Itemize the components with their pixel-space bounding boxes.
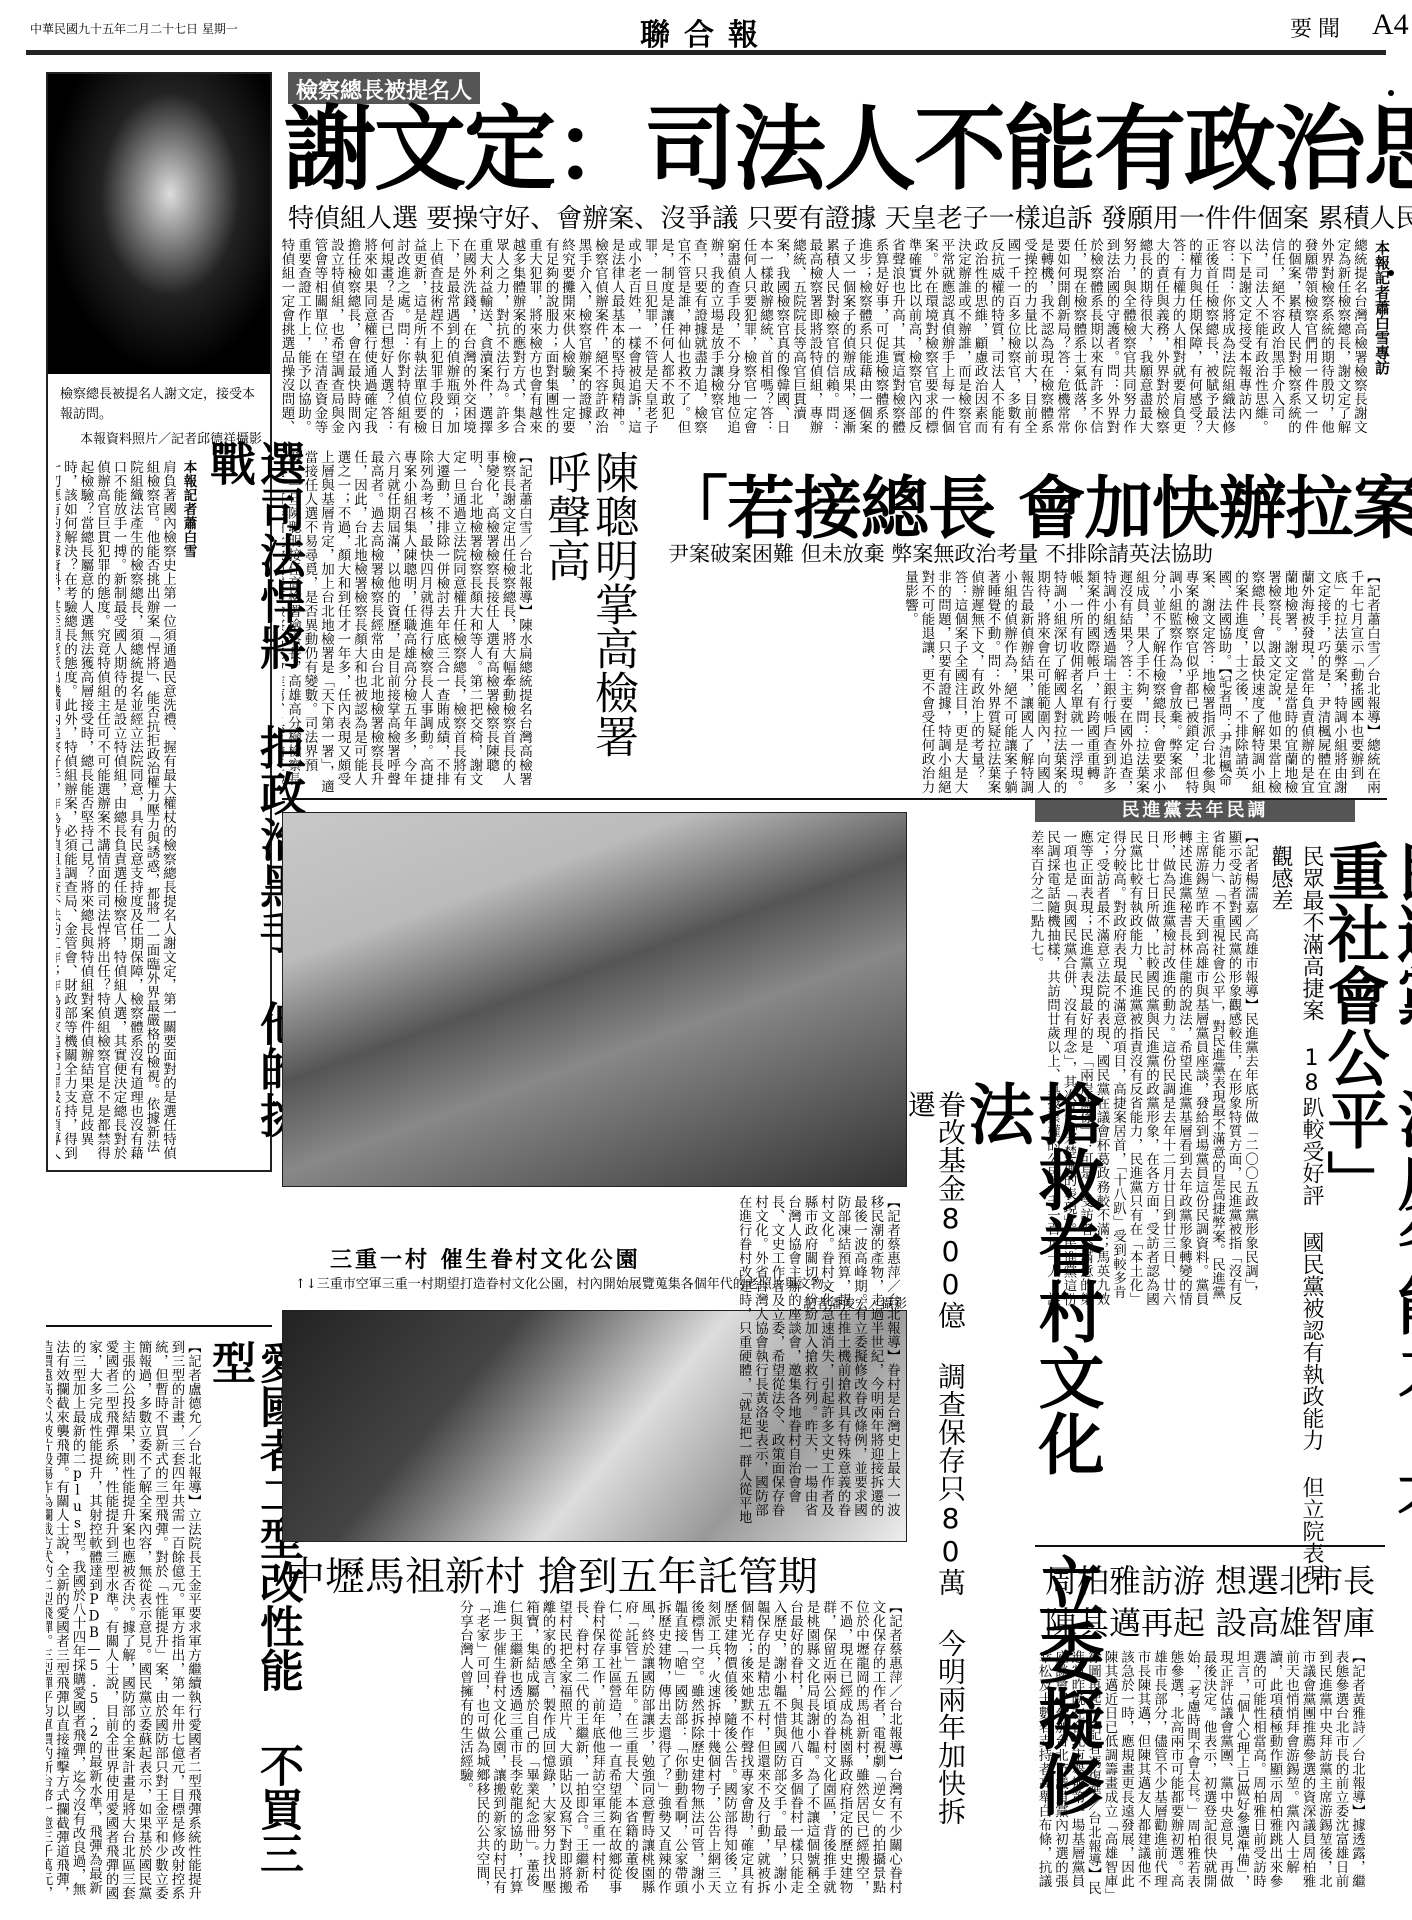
masthead-date: 中華民國九十五年二月二十七日 星期一 <box>30 20 238 37</box>
dpp-poll-subhead: 民眾最不滿高捷案 18趴較受好評 國民黨被認有執政能力 但立院表現觀感差 <box>1265 845 1327 1605</box>
divider <box>1035 1545 1385 1547</box>
dpp-poll-label: 民進黨去年民調 <box>1035 800 1355 822</box>
page-number: A4 <box>1372 8 1409 42</box>
photo-juancun-aerial <box>282 812 907 1187</box>
lead-story-body: 總統提名台灣高檢署檢察長謝文定為新任檢察總長，謝文定了解外界對檢察系統的期待殷切… <box>282 238 1367 438</box>
divider <box>46 1325 272 1327</box>
bullet-marker <box>1388 90 1394 96</box>
masthead-rule <box>26 50 1386 55</box>
select-story-byline: 本報記者蕭白雪 <box>180 460 197 660</box>
zhongli-story-body: 【記者蔡惠萍／台北報導】台灣有不少關心眷村文化保存的工作者，電視劇「逆女」的拍攝… <box>282 1600 902 1900</box>
photo-title: 三重一村 催生眷村文化公園 <box>330 1243 641 1274</box>
patriot-story-body: 【記者盧德允／台北報導】立法院長王金平要求軍方繼續執行愛國者二型飛彈系統性能提升… <box>46 1340 201 1900</box>
select-story-body: 肩負著國內檢察史上第一位須通過民意洗禮、握有最大權杖的檢察總長提名人謝文定，第一… <box>56 460 176 1160</box>
lead-story-headline: 謝文定：司法人不能有政治思維 <box>284 100 1412 200</box>
section-name: 要聞 <box>1290 12 1346 43</box>
chou-headline-line1: 周柏雅訪游 想選北市長 <box>1045 1560 1375 1602</box>
lafayette-story-body: 【記者蕭白雪／台北報導】總統在兩千年七月宣示「動搖國本也要辦到底」的拉法葉弊案，… <box>660 570 1380 795</box>
lead-story-subhead: 特偵組人選 要操守好、會辦案、沒爭議 只要有證據 天皇老子一樣追訴 發願用一件件… <box>288 198 1412 235</box>
newspaper-logo: 聯合報 <box>640 10 772 54</box>
juancun-story-body: 【記者蔡惠萍／台北報導】眷村是台灣史上最大一波移民潮的產物，走過半世紀，今明兩年… <box>740 1195 900 1525</box>
chou-headline-line2: 陳其邁再起 設高雄智庫 <box>1045 1602 1375 1644</box>
zhongli-story-headline: 中壢馬祖新村 搶到五年託管期 <box>285 1545 818 1602</box>
lead-story-byline: 本報記者蕭白雪專訪 <box>1372 240 1393 375</box>
bullet-marker <box>1388 270 1394 276</box>
chou-story-headline: 周柏雅訪游 想選北市長 陳其邁再起 設高雄智庫 <box>1045 1560 1375 1644</box>
juancun-story-subhead: 眷改基金800億 調查保存只80萬 今明兩年加快拆遷 <box>905 1090 965 1850</box>
portrait-photo <box>48 74 270 374</box>
lafayette-story-subhead: 尹案破案困難 但未放棄 弊案無政治考量 不排除請英法協助 <box>668 538 1213 568</box>
dpp-poll-headline: 民進黨「沒反省能力 不重社會公平」 <box>1318 840 1412 1540</box>
chou-story-body: 【記者黃雅詩／台北報導】據透露，繼表態參選台北市長的前立委沈富雄日前到民進黨中央… <box>1035 1650 1365 1900</box>
chen-story-headline: 陳聰明掌高檢署 呼聲高 <box>540 450 636 795</box>
portrait-caption: 檢察總長被提名人謝文定，接受本報訪問。 <box>60 385 260 425</box>
chen-story-body: 【記者蕭白雪／台北報導】陳水扁總統提名台灣高檢署檢察長謝文定出任檢察總長，將大幅… <box>282 450 532 795</box>
